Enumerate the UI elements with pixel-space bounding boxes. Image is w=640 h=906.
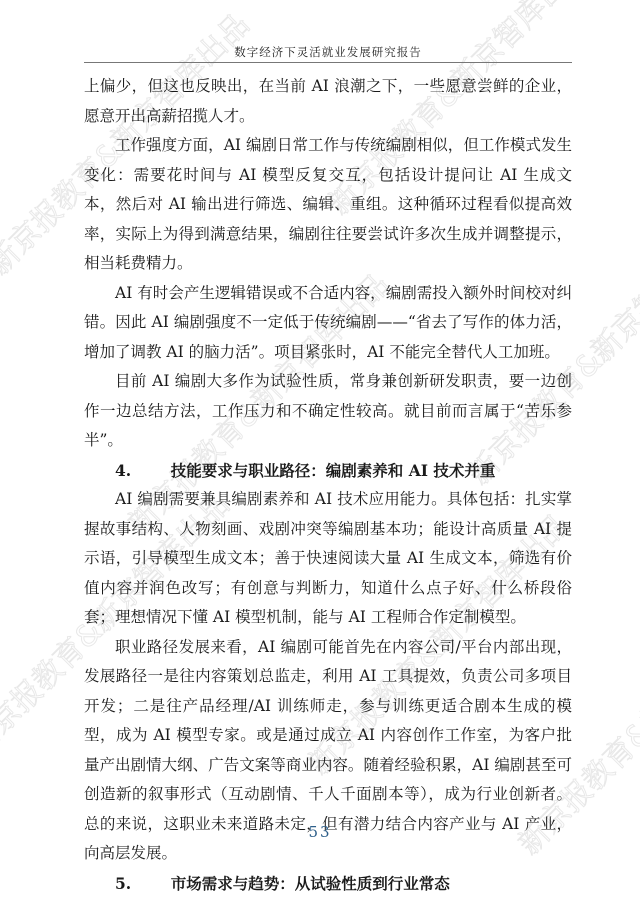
paragraph: 目前 AI 编剧大多作为试验性质，常身兼创新研发职责，要一边创作一边总结方法，工… — [84, 367, 572, 456]
document-body: 上偏少，但这也反映出，在当前 AI 浪潮之下，一些愿意尝鲜的企业，愿意开出高薪招… — [84, 72, 572, 898]
paragraph: 工作强度方面，AI 编剧日常工作与传统编剧相似，但工作模式发生变化：需要花时间与… — [84, 131, 572, 279]
paragraph: AI 有时会产生逻辑错误或不合适内容，编剧需投入额外时间校对纠错。因此 AI 编… — [84, 279, 572, 368]
section-number: 4. — [115, 456, 171, 486]
paragraph: 上偏少，但这也反映出，在当前 AI 浪潮之下，一些愿意尝鲜的企业，愿意开出高薪招… — [84, 72, 572, 131]
section-title: 技能要求与职业路径：编剧素养和 AI 技术并重 — [171, 461, 496, 480]
header-divider — [84, 62, 572, 63]
section-heading-4: 4.技能要求与职业路径：编剧素养和 AI 技术并重 — [84, 456, 572, 486]
paragraph: AI 编剧需要兼具编剧素养和 AI 技术应用能力。具体包括：扎实掌握故事结构、人… — [84, 485, 572, 633]
section-heading-5: 5.市场需求与趋势：从试验性质到行业常态 — [84, 869, 572, 899]
section-title: 市场需求与趋势：从试验性质到行业常态 — [171, 874, 450, 893]
page-number: 53 — [0, 823, 640, 841]
section-number: 5. — [115, 869, 171, 899]
page-header: 数字经济下灵活就业发展研究报告 — [84, 44, 572, 60]
